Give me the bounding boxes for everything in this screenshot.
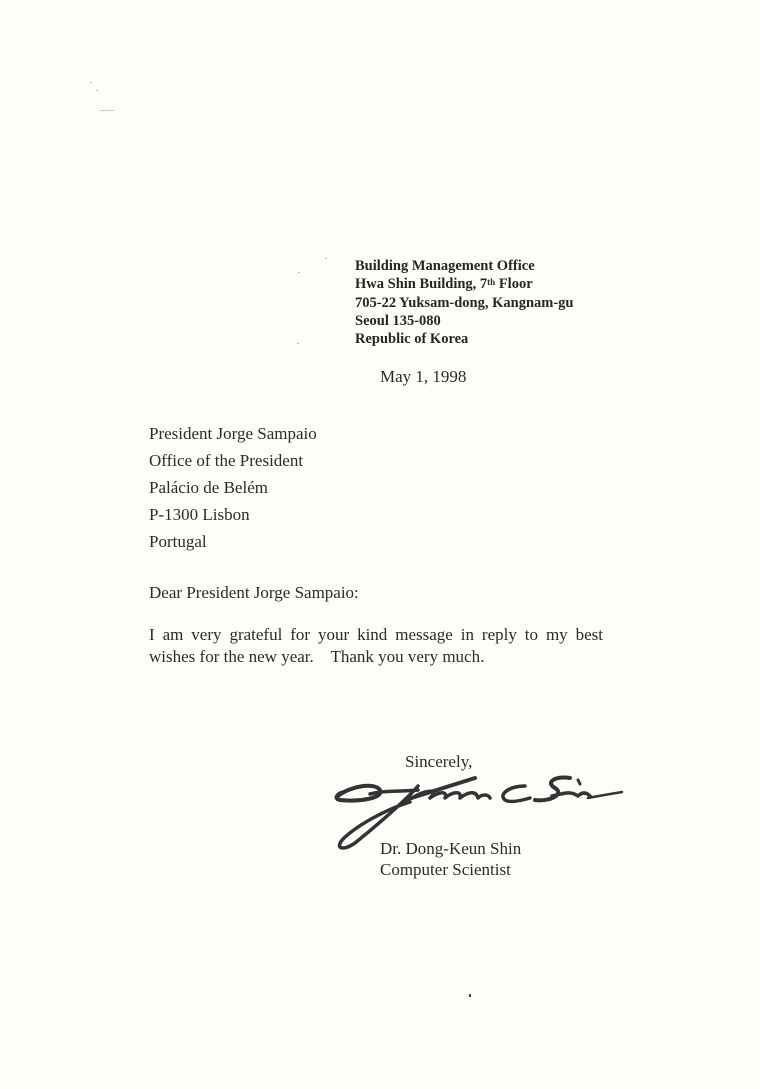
sender-address: Building Management Office Hwa Shin Buil… (355, 257, 574, 348)
scan-speck (325, 258, 327, 259)
signer-name: Dr. Dong-Keun Shin (380, 838, 521, 859)
scan-speck (298, 272, 300, 273)
scan-speck (90, 82, 92, 83)
recipient-building: Palácio de Belém (149, 474, 317, 501)
recipient-city: P-1300 Lisbon (149, 501, 317, 528)
salutation: Dear President Jorge Sampaio: (149, 583, 359, 603)
sender-organization: Building Management Office (355, 257, 574, 275)
recipient-office: Office of the President (149, 447, 317, 474)
letter-date: May 1, 1998 (380, 367, 466, 387)
sender-country: Republic of Korea (355, 330, 574, 348)
recipient-name: President Jorge Sampaio (149, 420, 317, 447)
sender-street: 705-22 Yuksam-dong, Kangnam-gu (355, 294, 574, 312)
sender-building: Hwa Shin Building, 7th Floor (355, 275, 574, 293)
letter-body: I am very grateful for your kind message… (149, 624, 603, 668)
signer-title: Computer Scientist (380, 859, 521, 880)
recipient-country: Portugal (149, 528, 317, 555)
scan-speck (297, 343, 299, 344)
scan-speck (96, 90, 98, 91)
scan-speck (100, 110, 114, 111)
recipient-address: President Jorge Sampaio Office of the Pr… (149, 420, 317, 555)
signer-block: Dr. Dong-Keun Shin Computer Scientist (380, 838, 521, 880)
scan-speck (469, 994, 471, 997)
sender-city: Seoul 135-080 (355, 312, 574, 330)
